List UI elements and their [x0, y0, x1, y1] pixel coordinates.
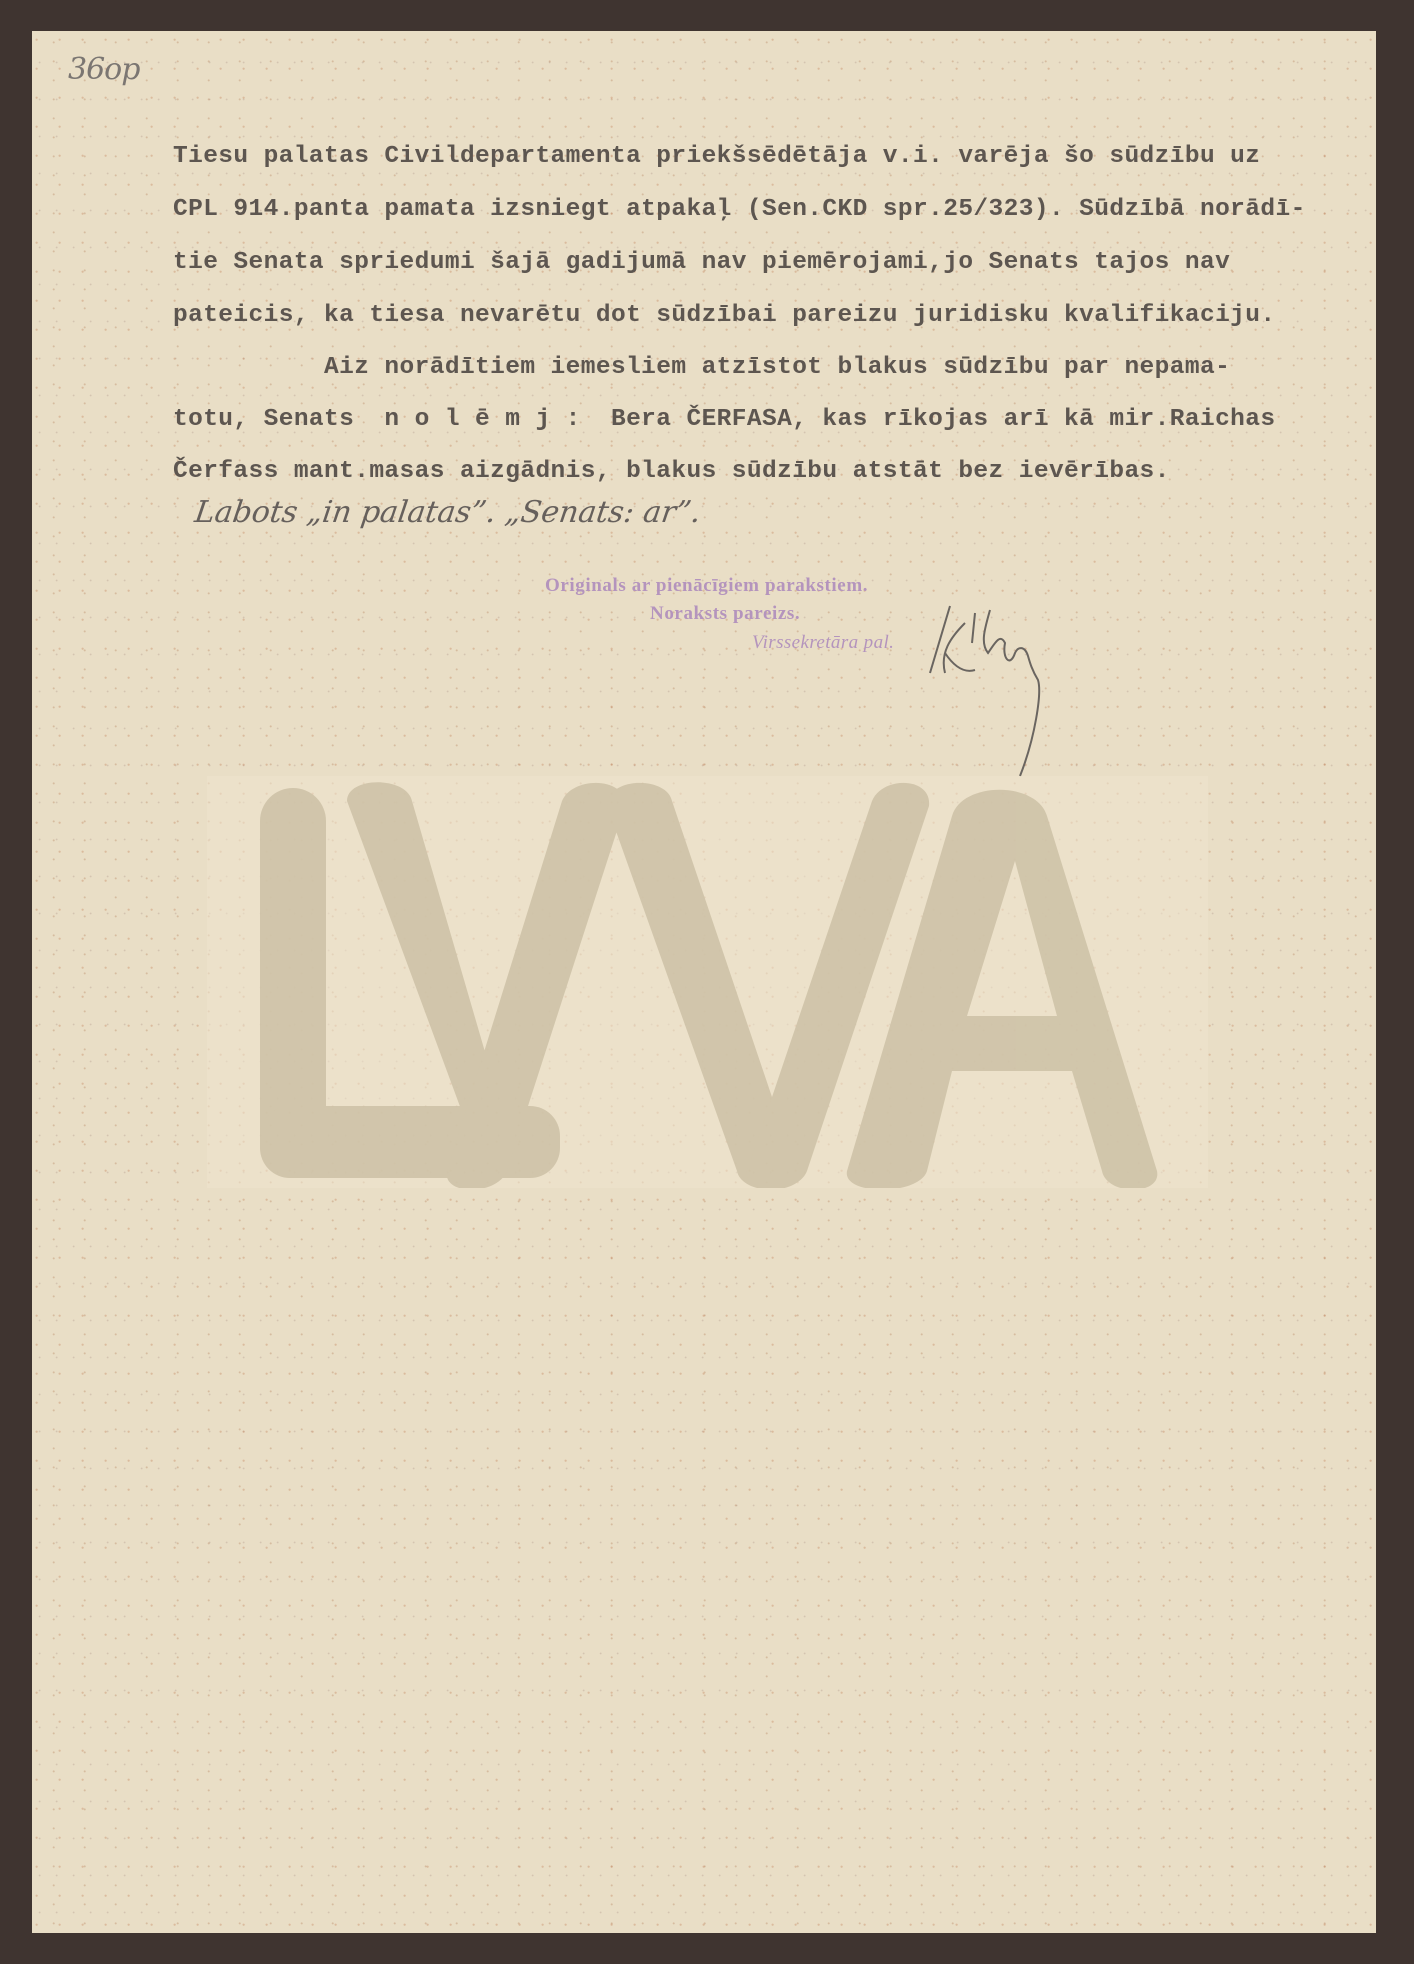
stamp-originals-line: Originals ar pienācīgiem parakstiem. [545, 575, 868, 597]
archive-watermark [207, 776, 1208, 1188]
lvva-logo-icon [207, 776, 1208, 1188]
stamp-secretary-line: Virssekretāra pal. [752, 632, 894, 654]
typed-line-3: tie Senata spriedumi šajā gadijumā nav p… [173, 249, 1230, 276]
handwritten-correction-note: Labots „in palatas”. „Senats: ar”. [193, 495, 704, 530]
typed-line-4: pateicis, ka tiesa nevarētu dot sūdzībai… [173, 302, 1275, 329]
typed-line-7: Čerfass mant.masas aizgādnis, blakus sūd… [173, 458, 1170, 485]
folio-number: 36op [68, 52, 139, 87]
typed-line-6: totu, Senats n o l ē m j : Bera ČERFASA,… [173, 406, 1275, 433]
stamp-copy-correct-line: Noraksts pareizs. [650, 603, 800, 625]
typed-line-1: Tiesu palatas Civildepartamenta priekšsē… [173, 143, 1260, 170]
typed-line-5: Aiz norādītiem iemesliem atzīstot blakus… [173, 354, 1230, 381]
typed-line-2: CPL 914.panta pamata izsniegt atpakaļ (S… [173, 196, 1306, 223]
signature-icon [920, 598, 1070, 788]
